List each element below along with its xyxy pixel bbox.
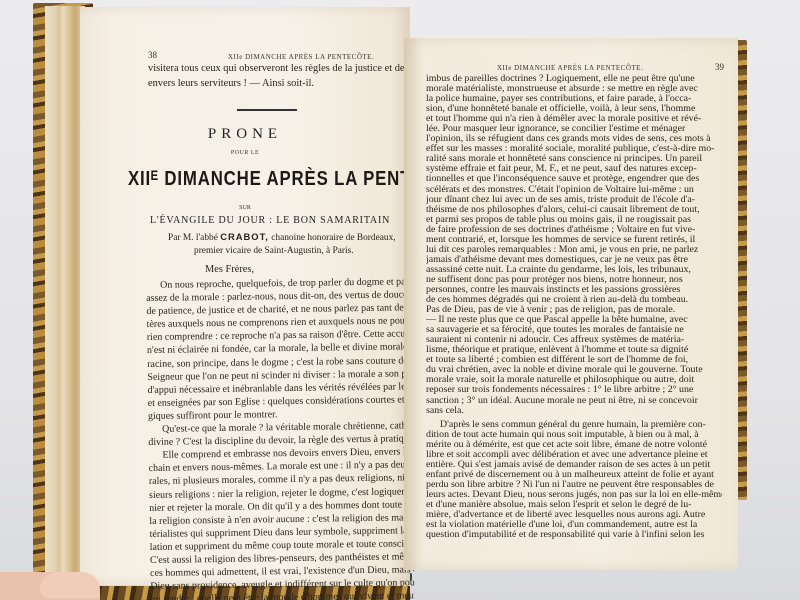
page-number-left: 38	[148, 50, 157, 60]
text-line: de ces hommes dégradés qui ne croient à …	[426, 295, 722, 305]
text-line: jour dînant chez lui avec un de ses amis…	[426, 195, 722, 205]
text-line: l'opinion, ils se réfugient dans ces gra…	[426, 134, 722, 144]
text-line: sauraient ni contenir ni adoucir. Ces af…	[426, 335, 722, 345]
text-line: sa sauvagerie et sa férocité, que toutes…	[426, 325, 722, 335]
text-line: mière, d'advertance et de liberté avec l…	[426, 510, 722, 520]
text-line: effet sur les masses : moralité sociale,…	[426, 144, 722, 154]
page-edges-left	[45, 6, 85, 600]
text-line: reposer sur trois fondements nécessaires…	[426, 385, 722, 395]
text-line: morale matérialiste, monstrueuse et absu…	[426, 84, 722, 94]
text-line: morale vraie, soit la morale naturelle e…	[426, 375, 722, 385]
text-line: est la violation matérielle d'une loi, d…	[426, 520, 722, 530]
sermon-sur: SUR	[80, 205, 410, 211]
text-line: lée. Pour masquer leur ignorance, se con…	[426, 124, 722, 134]
text-line: sans cela.	[426, 406, 722, 416]
text-line: de faire profession de ses doctrines d'a…	[426, 225, 722, 235]
text-line: jamais d'athéisme devant mes domestiques…	[426, 255, 722, 265]
text-line: entière. Qui s'est jamais avisé de deman…	[426, 460, 722, 470]
text-line: sanction ; 3° un idéal. Aucune morale ne…	[426, 396, 722, 406]
text-line: dition de tout acte humain qui nous soit…	[426, 430, 722, 440]
text-line: question d'imputabilité et de responsabi…	[426, 530, 722, 540]
sermon-pour-le: POUR LE	[80, 150, 410, 156]
text-line: assassiné cette nuit. La crainte du gend…	[426, 265, 722, 275]
sermon-occasion: XIIᴱ DIMANCHE APRÈS LA PENTECOTE	[128, 168, 365, 191]
text-line: scélérats et des monstres. C'était l'opi…	[426, 185, 722, 195]
text-line: imbus de pareilles doctrines ? Logiqueme…	[426, 74, 722, 84]
author-prefix: Par M. l'abbé	[168, 233, 218, 243]
author-title-line2: premier vicaire de Saint-Augustin, à Par…	[168, 245, 396, 258]
text-line: la police humaine, payer ses contributio…	[426, 94, 722, 104]
author-name: CRABOT,	[220, 231, 269, 242]
text-line: Pas de Dieu, pas de vie à venir ; pas de…	[426, 305, 722, 315]
text-line: enfant privé de discernement ou à un mal…	[426, 470, 722, 480]
text-line: D'après le sens commun général du genre …	[426, 420, 722, 430]
text-line: et tout l'homme qui n'a rien à démêler a…	[426, 114, 722, 124]
author-title: chanoine honoraire de Bordeaux,	[271, 233, 395, 243]
text-line: ne suffisent donc pas pour protéger nos …	[426, 275, 722, 285]
text-line: lui dit ces paroles remarquables : Mon a…	[426, 245, 722, 255]
page-number-right: 39	[715, 62, 724, 72]
text-line: tionnelles et que l'inconséquence sauve …	[426, 174, 722, 184]
left-body-text: On nous reproche, quelquefois, de trop p…	[146, 275, 415, 600]
sermon-subject: L'ÉVANGILE DU JOUR : LE BON SAMARITAIN	[150, 215, 390, 226]
text-line: ment contrarié, et, lorsque les hommes d…	[426, 235, 722, 245]
text-line: mérite ou à démérite, est que cet acte s…	[426, 440, 722, 450]
text-line: théisme de nos philosophes d'alors, celu…	[426, 205, 722, 215]
text-line: personnes, contre les mauvais instincts …	[426, 285, 722, 295]
text-line: visitera tous ceux qui observeront les r…	[148, 62, 410, 77]
text-line: et parmi ses propos de table plus ou moi…	[426, 215, 722, 225]
text-line: lisme, théorique et pratique, enlèvent à…	[426, 345, 722, 355]
running-head-left: XIIe DIMANCHE APRÈS LA PENTECÔTE.	[228, 53, 374, 61]
closing-text: visitera tous ceux qui observeront les r…	[148, 62, 410, 91]
running-head-right: XIIe DIMANCHE APRÈS LA PENTECÔTE.	[497, 64, 643, 72]
salutation: Mes Frères,	[205, 264, 254, 275]
right-body-text: imbus de pareilles doctrines ? Logiqueme…	[426, 74, 722, 540]
sermon-author: Par M. l'abbé CRABOT, chanoine honoraire…	[168, 230, 396, 258]
text-line: envers leurs serviteurs ! — Ainsi soit-i…	[148, 77, 410, 92]
text-line: et toute sa liberté ; combien est différ…	[426, 355, 722, 365]
text-line: libre et soit accompli avec délibération…	[426, 450, 722, 460]
text-line: système effraie et fait peur, M. F., et …	[426, 164, 722, 174]
text-line: — Il ne reste plus que ce que Pascal app…	[426, 315, 722, 325]
text-line: perdu son libre arbitre ? Ni l'un ni l'a…	[426, 480, 722, 490]
text-line: ralité sans morale et honnêteté sans con…	[426, 154, 722, 164]
text-line: sion, d'une honnêteté banale et officiel…	[426, 104, 722, 114]
thumb	[40, 572, 100, 598]
text-line: et d'une manière absolue, mais selon l'e…	[426, 500, 722, 510]
sermon-title: PRONE	[80, 126, 410, 143]
text-line: du vrai chrétien, avec la noble et divin…	[426, 365, 722, 375]
section-divider	[237, 109, 297, 111]
text-line: leurs actes. Devant Dieu, nous serons ju…	[426, 490, 722, 500]
